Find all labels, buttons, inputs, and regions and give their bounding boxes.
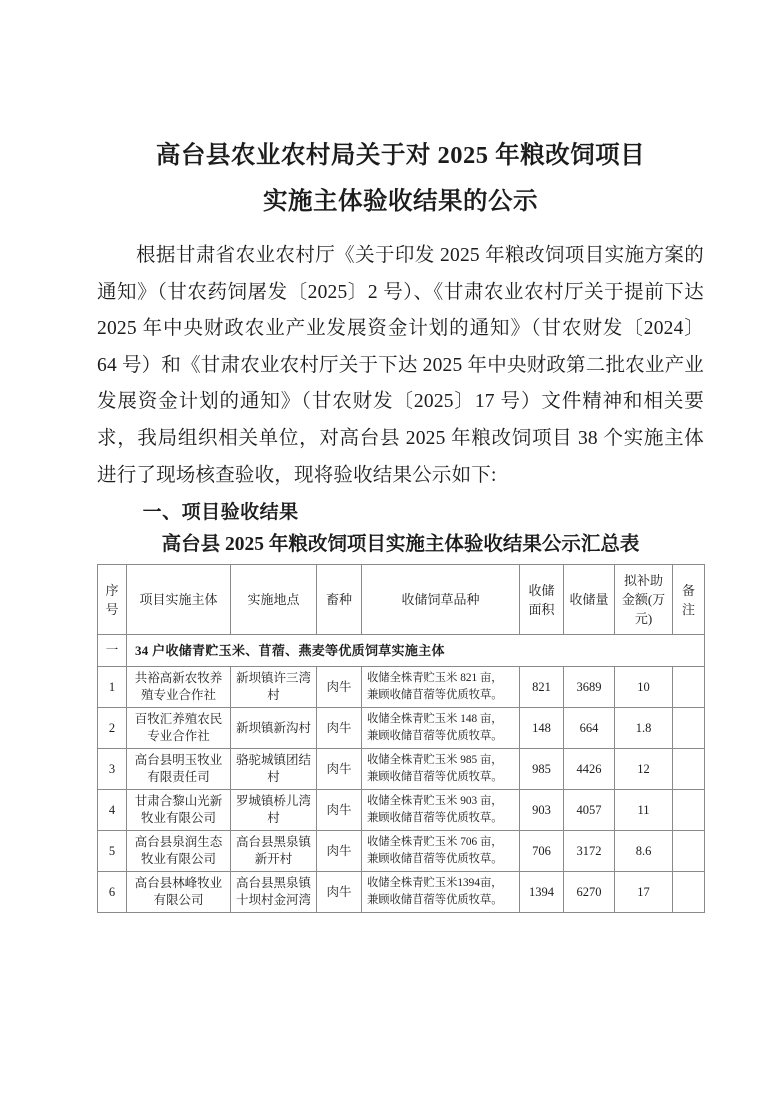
table-cell: 1 bbox=[98, 667, 127, 708]
header-location: 实施地点 bbox=[231, 565, 317, 635]
table-row: 3高台县明玉牧业有限责任司骆驼城镇团结村肉牛收储全株青贮玉米 985 亩， 兼顾… bbox=[98, 749, 705, 790]
table-cell: 高台县黑泉镇十坝村金河湾 bbox=[231, 872, 317, 913]
table-cell: 1.8 bbox=[615, 708, 673, 749]
header-implementing-entity: 项目实施主体 bbox=[127, 565, 231, 635]
header-serial-number: 序号 bbox=[98, 565, 127, 635]
body-paragraph: 根据甘肃省农业农村厅《关于印发 2025 年粮改饲项目实施方案的通知》（甘农药饲… bbox=[97, 238, 704, 494]
group-row: 一 34 户收储青贮玉米、苜蓿、燕麦等优质饲草实施主体 bbox=[98, 635, 705, 667]
table-cell: 收储全株青贮玉米 903 亩， 兼顾收储苜蓿等优质牧草。 bbox=[362, 790, 520, 831]
table-cell: 收储全株青贮玉米 148 亩， 兼顾收储苜蓿等优质牧草。 bbox=[362, 708, 520, 749]
table-row: 2百牧汇养殖农民专业合作社新坝镇新沟村肉牛收储全株青贮玉米 148 亩， 兼顾收… bbox=[98, 708, 705, 749]
table-cell: 706 bbox=[520, 831, 564, 872]
document-page: 高台县农业农村局关于对 2025 年粮改饲项目 实施主体验收结果的公示 根据甘肃… bbox=[97, 0, 704, 1103]
table-cell: 3 bbox=[98, 749, 127, 790]
table-cell: 骆驼城镇团结村 bbox=[231, 749, 317, 790]
table-cell: 4 bbox=[98, 790, 127, 831]
table-cell: 肉牛 bbox=[317, 667, 362, 708]
table-cell: 肉牛 bbox=[317, 831, 362, 872]
table-row: 1共裕高新农牧养殖专业合作社新坝镇许三湾村肉牛收储全株青贮玉米 821 亩， 兼… bbox=[98, 667, 705, 708]
table-cell: 收储全株青贮玉米 821 亩， 兼顾收储苜蓿等优质牧草。 bbox=[362, 667, 520, 708]
document-title-line1: 高台县农业农村局关于对 2025 年粮改饲项目 bbox=[97, 133, 704, 179]
header-remarks: 备注 bbox=[673, 565, 705, 635]
table-cell: 肉牛 bbox=[317, 708, 362, 749]
table-cell: 12 bbox=[615, 749, 673, 790]
table-cell: 664 bbox=[564, 708, 615, 749]
table-cell: 3689 bbox=[564, 667, 615, 708]
document-title: 高台县农业农村局关于对 2025 年粮改饲项目 实施主体验收结果的公示 bbox=[97, 133, 704, 225]
table-cell: 4426 bbox=[564, 749, 615, 790]
group-row-label: 34 户收储青贮玉米、苜蓿、燕麦等优质饲草实施主体 bbox=[127, 635, 705, 667]
table-cell: 3172 bbox=[564, 831, 615, 872]
header-forage-variety: 收储饲草品种 bbox=[362, 565, 520, 635]
table-cell: 甘肃合黎山光新牧业有限公司 bbox=[127, 790, 231, 831]
group-row-number: 一 bbox=[98, 635, 127, 667]
header-storage-area: 收储面积 bbox=[520, 565, 564, 635]
table-row: 4甘肃合黎山光新牧业有限公司罗城镇桥儿湾村肉牛收储全株青贮玉米 903 亩， 兼… bbox=[98, 790, 705, 831]
table-row: 5高台县泉润生态牧业有限公司高台县黑泉镇新开村肉牛收储全株青贮玉米 706 亩，… bbox=[98, 831, 705, 872]
table-cell bbox=[673, 831, 705, 872]
table-cell: 17 bbox=[615, 872, 673, 913]
header-subsidy-amount: 拟补助金额(万元) bbox=[615, 565, 673, 635]
table-cell: 罗城镇桥儿湾村 bbox=[231, 790, 317, 831]
table-cell bbox=[673, 749, 705, 790]
table-cell: 百牧汇养殖农民专业合作社 bbox=[127, 708, 231, 749]
table-cell: 6 bbox=[98, 872, 127, 913]
table-body: 一 34 户收储青贮玉米、苜蓿、燕麦等优质饲草实施主体 1共裕高新农牧养殖专业合… bbox=[98, 635, 705, 913]
table-cell: 985 bbox=[520, 749, 564, 790]
table-cell: 新坝镇许三湾村 bbox=[231, 667, 317, 708]
table-cell: 肉牛 bbox=[317, 872, 362, 913]
table-cell bbox=[673, 667, 705, 708]
table-cell bbox=[673, 708, 705, 749]
table-cell: 1394 bbox=[520, 872, 564, 913]
header-storage-amount: 收储量 bbox=[564, 565, 615, 635]
table-cell: 肉牛 bbox=[317, 790, 362, 831]
table-cell: 高台县泉润生态牧业有限公司 bbox=[127, 831, 231, 872]
table-cell: 2 bbox=[98, 708, 127, 749]
table-cell: 收储全株青贮玉米 985 亩， 兼顾收储苜蓿等优质牧草。 bbox=[362, 749, 520, 790]
table-cell: 903 bbox=[520, 790, 564, 831]
table-cell: 高台县林峰牧业有限公司 bbox=[127, 872, 231, 913]
table-cell: 8.6 bbox=[615, 831, 673, 872]
table-cell: 148 bbox=[520, 708, 564, 749]
table-cell: 高台县黑泉镇新开村 bbox=[231, 831, 317, 872]
table-cell: 共裕高新农牧养殖专业合作社 bbox=[127, 667, 231, 708]
table-header: 序号 项目实施主体 实施地点 畜种 收储饲草品种 收储面积 收储量 拟补助金额(… bbox=[98, 565, 705, 635]
results-table: 序号 项目实施主体 实施地点 畜种 收储饲草品种 收储面积 收储量 拟补助金额(… bbox=[97, 564, 705, 913]
table-cell: 收储全株青贮玉米1394亩， 兼顾收储苜蓿等优质牧草。 bbox=[362, 872, 520, 913]
document-title-line2: 实施主体验收结果的公示 bbox=[97, 179, 704, 225]
table-cell: 收储全株青贮玉米 706 亩， 兼顾收储苜蓿等优质牧草。 bbox=[362, 831, 520, 872]
table-row: 6高台县林峰牧业有限公司高台县黑泉镇十坝村金河湾肉牛收储全株青贮玉米1394亩，… bbox=[98, 872, 705, 913]
table-cell: 肉牛 bbox=[317, 749, 362, 790]
table-title: 高台县 2025 年粮改饲项目实施主体验收结果公示汇总表 bbox=[97, 530, 704, 559]
table-cell: 5 bbox=[98, 831, 127, 872]
table-header-row: 序号 项目实施主体 实施地点 畜种 收储饲草品种 收储面积 收储量 拟补助金额(… bbox=[98, 565, 705, 635]
table-cell: 821 bbox=[520, 667, 564, 708]
table-cell: 10 bbox=[615, 667, 673, 708]
table-cell: 4057 bbox=[564, 790, 615, 831]
table-cell bbox=[673, 790, 705, 831]
table-cell: 新坝镇新沟村 bbox=[231, 708, 317, 749]
table-cell: 高台县明玉牧业有限责任司 bbox=[127, 749, 231, 790]
table-cell: 6270 bbox=[564, 872, 615, 913]
section-heading: 一、项目验收结果 bbox=[97, 499, 704, 527]
table-cell: 11 bbox=[615, 790, 673, 831]
header-livestock-type: 畜种 bbox=[317, 565, 362, 635]
table-cell bbox=[673, 872, 705, 913]
